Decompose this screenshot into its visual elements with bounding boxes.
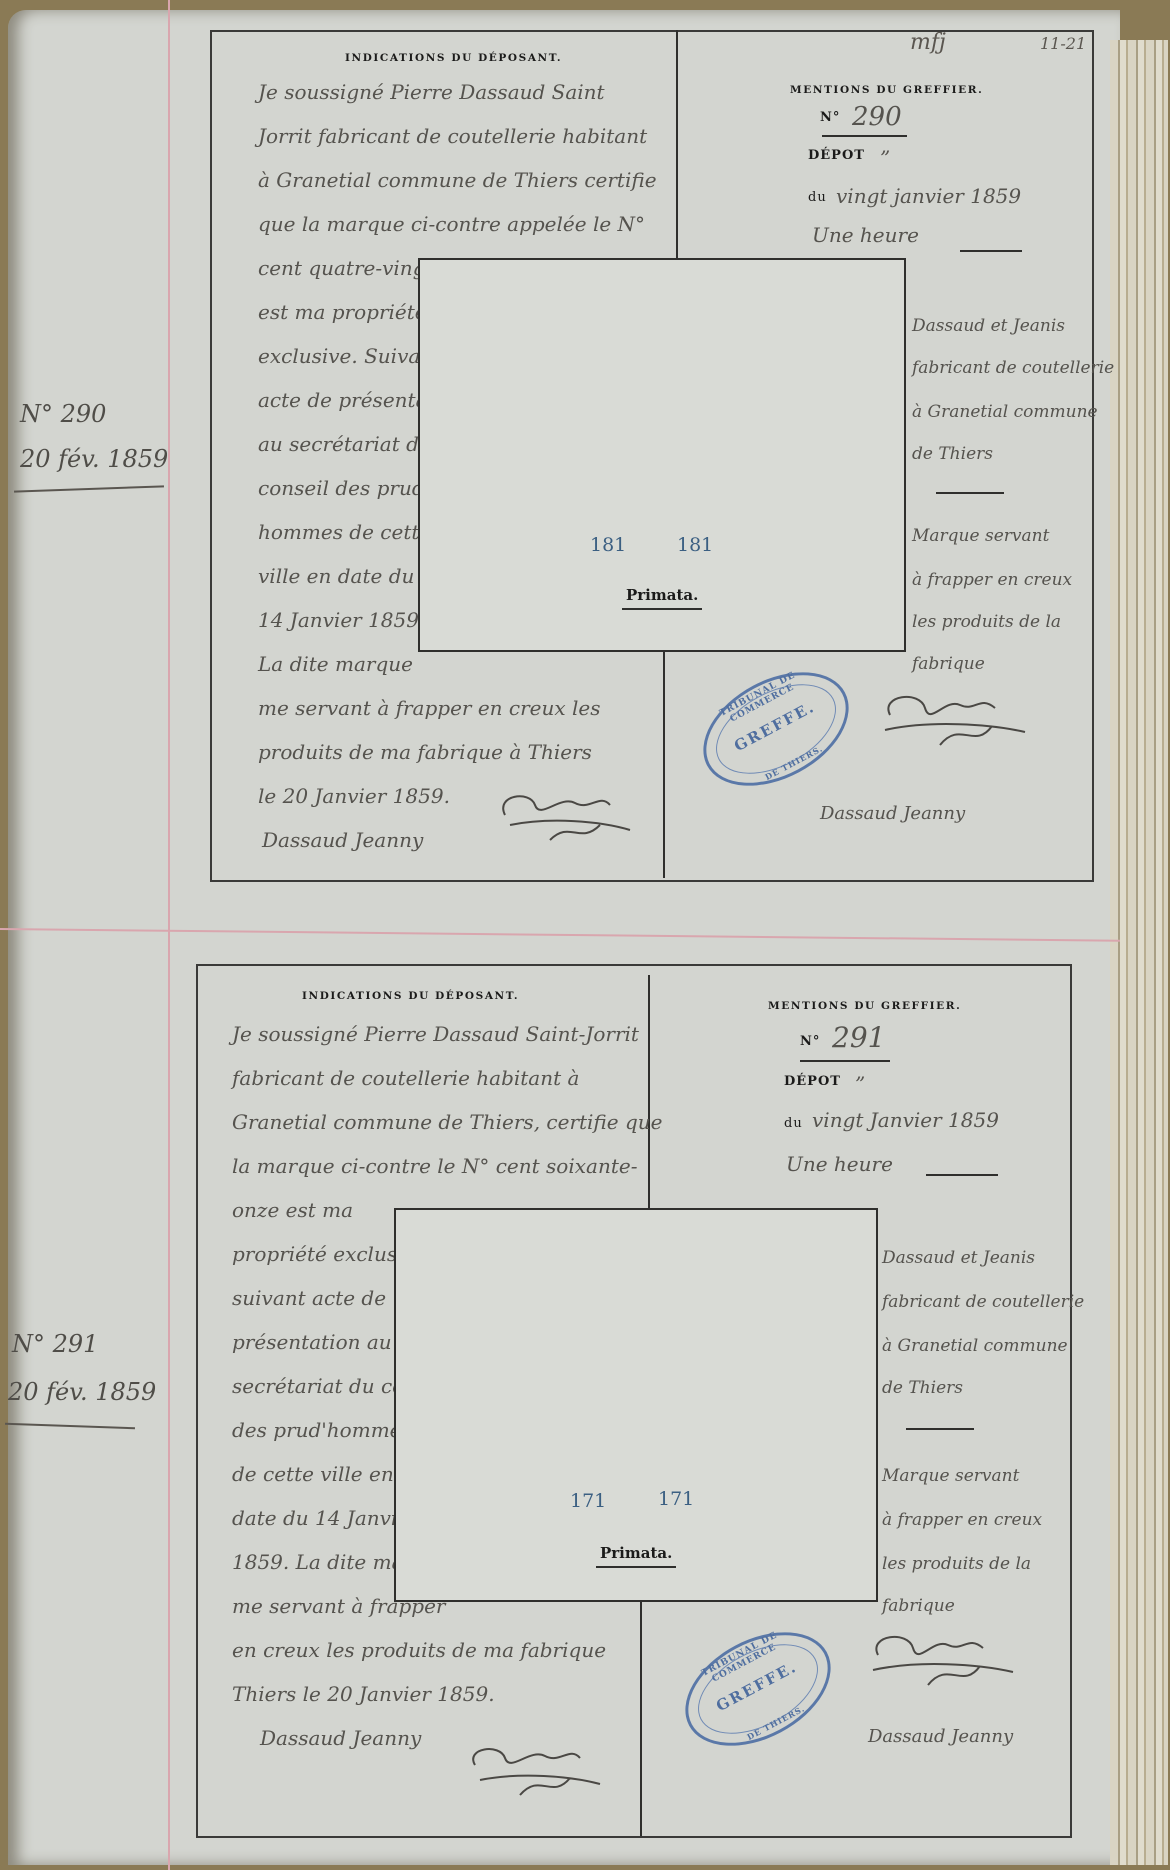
deposant-header: INDICATIONS DU DÉPOSANT. (302, 990, 519, 1002)
mark-number: 171 (570, 1490, 606, 1512)
margin-note-date: 20 fév. 1859 (8, 1378, 156, 1406)
margin-rule-vertical (168, 0, 170, 1870)
numero-underline (800, 1060, 890, 1062)
text-line: à Granetial commune de Thiers certifie (258, 170, 657, 190)
section-rule (906, 1428, 974, 1430)
hour-rule (960, 250, 1022, 252)
section-rule (936, 492, 1004, 494)
text-line: exclusive. Suivant (258, 346, 441, 366)
text-line: Je soussigné Pierre Dassaud Saint (258, 82, 605, 102)
text-line: que la marque ci-contre appelée le N° (258, 214, 645, 234)
du-label: du (808, 190, 827, 205)
margin-note-number: N° 290 (20, 400, 106, 428)
text-line: fabricant de coutellerie (912, 360, 1114, 377)
text-line: Thiers le 20 Janvier 1859. (232, 1684, 495, 1704)
greffier-header: MENTIONS DU GREFFIER. (790, 84, 983, 96)
greffier-signature-icon (868, 1630, 1018, 1690)
column-divider (648, 975, 650, 1215)
depot-label: DÉPOT (808, 148, 865, 163)
numero-value: 291 (832, 1024, 885, 1052)
clerk-signature-icon (490, 785, 640, 845)
numero-label: N° (800, 1034, 820, 1049)
greffier-header: MENTIONS DU GREFFIER. (768, 1000, 961, 1012)
text-line: fabricant de coutellerie habitant à (232, 1068, 579, 1088)
depot-hour: Une heure (786, 1154, 893, 1174)
deposant-signature: Dassaud Jeanny (262, 830, 423, 850)
text-line: Jorrit fabricant de coutellerie habitant (258, 126, 647, 146)
margin-note-date: 20 fév. 1859 (20, 445, 168, 473)
depot-date: vingt janvier 1859 (836, 186, 1021, 206)
greffier-depositor-signature: Dassaud Jeanny (868, 1728, 1013, 1746)
text-line: Dassaud et Jeanis (912, 318, 1065, 335)
mark-number: 171 (658, 1488, 694, 1510)
mark-number: 181 (677, 534, 713, 556)
text-line: de Thiers (882, 1380, 963, 1397)
depot-ditto: ” (880, 148, 890, 168)
mark-name: Primata. (596, 1544, 676, 1568)
trademark-box (394, 1208, 878, 1602)
hour-rule (926, 1174, 998, 1176)
column-divider (676, 30, 678, 260)
text-line: les produits de la (882, 1556, 1031, 1573)
text-line: des prud'hommes (232, 1420, 412, 1440)
text-line: de Thiers (912, 446, 993, 463)
mark-name: Primata. (622, 586, 702, 610)
text-line: Marque servant (912, 528, 1049, 545)
text-line: la marque ci-contre le N° cent soixante- (232, 1156, 637, 1176)
greffier-signature-icon (880, 690, 1030, 750)
mark-number: 181 (590, 534, 626, 556)
greffier-depositor-signature: Dassaud Jeanny (820, 805, 965, 823)
text-line: fabricant de coutellerie (882, 1294, 1084, 1311)
clerk-signature-icon (460, 1740, 610, 1800)
depot-label: DÉPOT (784, 1074, 841, 1089)
text-line: à Granetial commune (912, 404, 1098, 421)
text-line: Granetial commune de Thiers, certifie qu… (232, 1112, 663, 1132)
text-line: fabrique (912, 656, 985, 673)
text-line: est ma propriété (258, 302, 427, 322)
page-edges (1110, 40, 1168, 1865)
text-line: date du 14 Janvier (232, 1508, 419, 1528)
text-line: Marque servant (882, 1468, 1019, 1485)
column-divider (640, 1600, 642, 1836)
text-line: à frapper en creux (912, 572, 1072, 589)
text-line: à frapper en creux (882, 1512, 1042, 1529)
du-label: du (784, 1116, 803, 1131)
text-line: de cette ville en (232, 1464, 394, 1484)
text-line: me servant à frapper en creux les (258, 698, 601, 718)
numero-underline (822, 135, 907, 137)
depot-hour: Une heure (812, 225, 919, 245)
margin-note-number: N° 291 (12, 1330, 98, 1358)
text-line: La dite marque (258, 654, 413, 674)
text-line: au secrétariat du (258, 434, 432, 454)
text-line: Dassaud et Jeanis (882, 1250, 1035, 1267)
text-line: ville en date du (258, 566, 414, 586)
text-line: présentation au (232, 1332, 392, 1352)
numero-value: 290 (852, 104, 902, 130)
text-line: le 20 Janvier 1859. (258, 786, 450, 806)
text-line: les produits de la (912, 614, 1061, 631)
text-line: conseil des prud' (258, 478, 430, 498)
text-line: onze est ma (232, 1200, 353, 1220)
depot-ditto: ” (855, 1074, 865, 1094)
text-line: 14 Janvier 1859. (258, 610, 425, 630)
deposant-signature: Dassaud Jeanny (260, 1728, 421, 1748)
text-line: produits de ma fabrique à Thiers (258, 742, 592, 762)
depot-date: vingt Janvier 1859 (812, 1110, 999, 1130)
text-line: Je soussigné Pierre Dassaud Saint-Jorrit (232, 1024, 639, 1044)
text-line: hommes de cette (258, 522, 431, 542)
text-line: suivant acte de (232, 1288, 386, 1308)
text-line: à Granetial commune (882, 1338, 1068, 1355)
text-line: fabrique (882, 1598, 955, 1615)
text-line: en creux les produits de ma fabrique (232, 1640, 606, 1660)
numero-label: N° (820, 110, 840, 125)
column-divider (663, 648, 665, 878)
deposant-header: INDICATIONS DU DÉPOSANT. (345, 52, 562, 64)
